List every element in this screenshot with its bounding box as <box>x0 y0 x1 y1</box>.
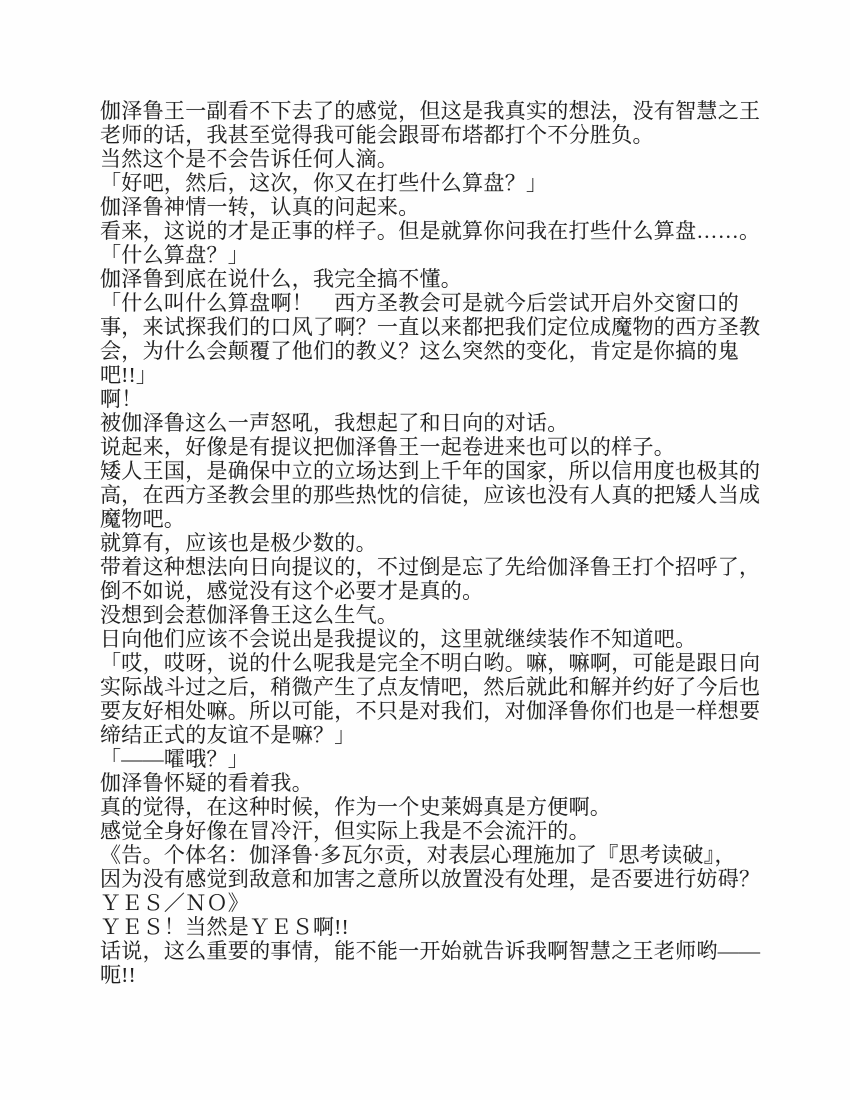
novel-page: 伽泽鲁王一副看不下去了的感觉，但这是我真实的想法，没有智慧之王 老师的话，我甚至… <box>0 0 850 1100</box>
text-line: 伽泽鲁怀疑的看着我。 <box>100 771 770 795</box>
text-line: 高，在西方圣教会里的那些热忱的信徒，应该也没有人真的把矮人当成 <box>100 483 770 507</box>
text-line: 被伽泽鲁这么一声怒吼，我想起了和日向的对话。 <box>100 411 770 435</box>
text-line: 「哎，哎呀，说的什么呢我是完全不明白哟。嘛，嘛啊，可能是跟日向 <box>100 651 770 675</box>
text-line: 话说，这么重要的事情，能不能一开始就告诉我啊智慧之王老师哟—— <box>100 939 770 963</box>
text-line: 「好吧，然后，这次，你又在打些什么算盘？」 <box>100 171 770 195</box>
text-line: 日向他们应该不会说出是我提议的，这里就继续装作不知道吧。 <box>100 627 770 651</box>
text-line: 实际战斗过之后，稍微产生了点友情吧，然后就此和解并约好了今后也 <box>100 675 770 699</box>
text-line: 伽泽鲁神情一转，认真的问起来。 <box>100 195 770 219</box>
text-line: 伽泽鲁到底在说什么，我完全搞不懂。 <box>100 267 770 291</box>
text-line: 真的觉得，在这种时候，作为一个史莱姆真是方便啊。 <box>100 795 770 819</box>
text-line: 啊！ <box>100 387 770 411</box>
text-line: 吧!!」 <box>100 363 770 387</box>
text-line: 没想到会惹伽泽鲁王这么生气。 <box>100 603 770 627</box>
text-line: 感觉全身好像在冒冷汗，但实际上我是不会流汗的。 <box>100 819 770 843</box>
text-line: 倒不如说，感觉没有这个必要才是真的。 <box>100 579 770 603</box>
text-line: 魔物吧。 <box>100 507 770 531</box>
text-line: ＹＥＳ！当然是ＹＥＳ啊!! <box>100 915 770 939</box>
text-line: 带着这种想法向日向提议的，不过倒是忘了先给伽泽鲁王打个招呼了， <box>100 555 770 579</box>
text-line: 看来，这说的才是正事的样子。但是就算你问我在打些什么算盘……。 <box>100 219 770 243</box>
text-line: 伽泽鲁王一副看不下去了的感觉，但这是我真实的想法，没有智慧之王 <box>100 99 770 123</box>
text-line: 因为没有感觉到敌意和加害之意所以放置没有处理，是否要进行妨碍？ <box>100 867 770 891</box>
novel-text-block: 伽泽鲁王一副看不下去了的感觉，但这是我真实的想法，没有智慧之王 老师的话，我甚至… <box>100 99 770 987</box>
text-line: 会，为什么会颠覆了他们的教义？这么突然的变化，肯定是你搞的鬼 <box>100 339 770 363</box>
text-line: 矮人王国，是确保中立的立场达到上千年的国家，所以信用度也极其的 <box>100 459 770 483</box>
text-line: 老师的话，我甚至觉得我可能会跟哥布塔都打个不分胜负。 <box>100 123 770 147</box>
text-line: 要友好相处嘛。所以可能，不只是对我们，对伽泽鲁你们也是一样想要 <box>100 699 770 723</box>
text-line: 当然这个是不会告诉任何人滴。 <box>100 147 770 171</box>
text-line: 事，来试探我们的口风了啊？一直以来都把我们定位成魔物的西方圣教 <box>100 315 770 339</box>
text-line: 缔结正式的友谊不是嘛？」 <box>100 723 770 747</box>
text-line: 「——嚯哦？」 <box>100 747 770 771</box>
text-line: 「什么算盘？」 <box>100 243 770 267</box>
text-line: 说起来，好像是有提议把伽泽鲁王一起卷进来也可以的样子。 <box>100 435 770 459</box>
text-line: 就算有，应该也是极少数的。 <box>100 531 770 555</box>
text-line: ＹＥＳ／ＮＯ》 <box>100 891 770 915</box>
text-line: 《告。个体名：伽泽鲁·多瓦尔贡，对表层心理施加了『思考读破』， <box>100 843 770 867</box>
text-line: 呃!! <box>100 963 770 987</box>
text-line: 「什么叫什么算盘啊！ 西方圣教会可是就今后尝试开启外交窗口的 <box>100 291 770 315</box>
